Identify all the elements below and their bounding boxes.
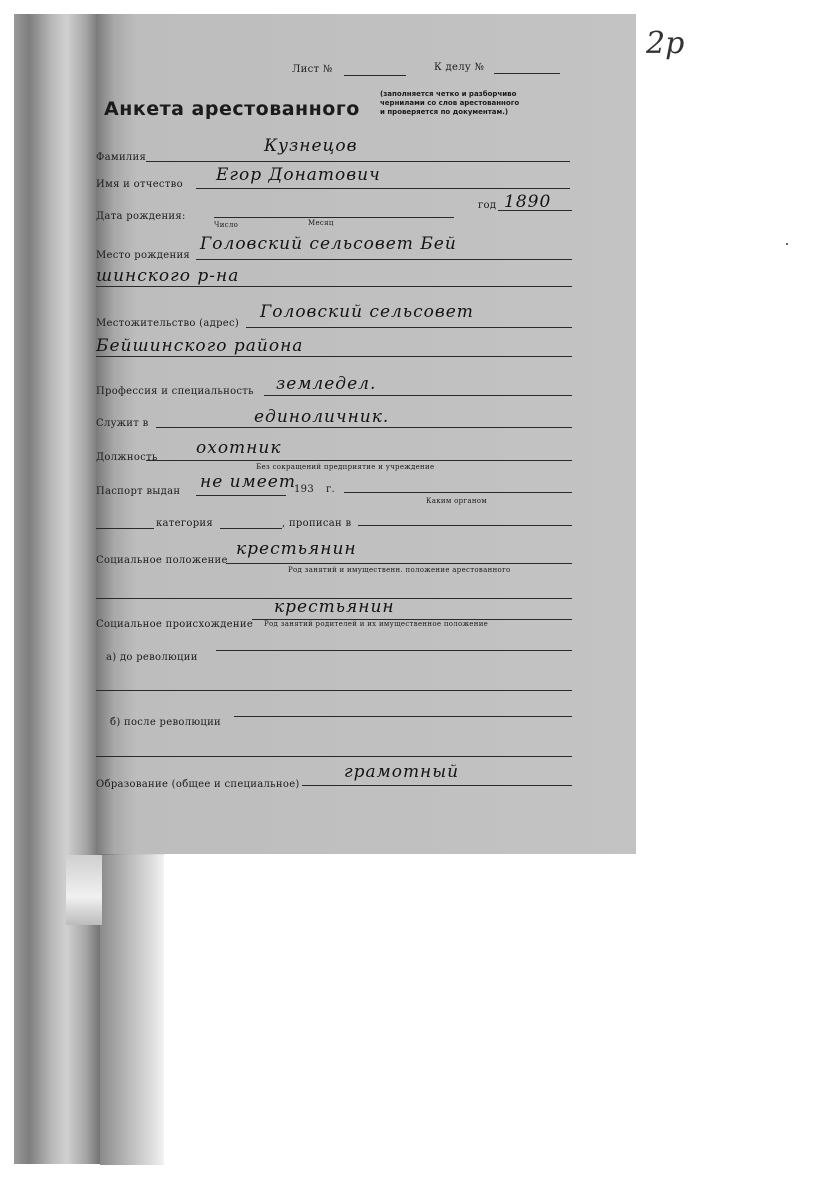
birth-place-line-2 bbox=[96, 286, 572, 287]
scan-speck bbox=[786, 243, 788, 245]
profession-label: Профессия и специальность bbox=[96, 386, 254, 397]
binding-tape bbox=[66, 855, 102, 925]
education-line bbox=[302, 785, 572, 786]
passport-year-prefix: 193 bbox=[294, 484, 314, 495]
birth-place-label: Место рождения bbox=[96, 250, 190, 261]
passport-issuer-line bbox=[344, 492, 572, 493]
residence-value-1: Головский сельсовет bbox=[260, 302, 474, 322]
passport-issuer-hint: Каким органом bbox=[426, 497, 487, 505]
social-origin-hint: Род занятий родителей и их имущественное… bbox=[264, 620, 488, 628]
name-line bbox=[196, 188, 570, 189]
social-status-value: крестьянин bbox=[236, 539, 357, 559]
profession-value: земледел. bbox=[276, 374, 376, 394]
after-revolution-line bbox=[234, 716, 572, 717]
position-label: Должность bbox=[96, 452, 158, 463]
registered-label: , прописан в bbox=[282, 518, 351, 529]
case-number-label: К делу № bbox=[434, 62, 484, 73]
employer-value: единоличник. bbox=[254, 407, 389, 427]
surname-value: Кузнецов bbox=[264, 136, 358, 156]
passport-line bbox=[196, 495, 286, 496]
before-revolution-line-2 bbox=[96, 690, 572, 691]
position-line bbox=[146, 460, 572, 461]
social-status-hint: Род занятий и имущественн. положение аре… bbox=[288, 566, 511, 574]
surname-label: Фамилия bbox=[96, 152, 146, 163]
education-label: Образование (общее и специальное) bbox=[96, 779, 300, 790]
before-revolution-line bbox=[216, 650, 572, 651]
note-line: (заполняется четко и разборчиво bbox=[380, 90, 519, 99]
residence-label: Местожительство (адрес) bbox=[96, 318, 239, 329]
handwritten-page-number: 2р bbox=[646, 26, 684, 61]
social-origin-label: Социальное происхождение bbox=[96, 619, 253, 630]
residence-line bbox=[246, 327, 572, 328]
employer-line bbox=[156, 427, 572, 428]
birth-place-value-1: Головский сельсовет Бей bbox=[200, 234, 457, 254]
residence-value-2: Бейшинского района bbox=[96, 336, 303, 356]
birth-date-line bbox=[214, 217, 454, 218]
birth-year-value: 1890 bbox=[504, 192, 551, 212]
social-status-line bbox=[226, 563, 572, 564]
case-number-line bbox=[494, 73, 560, 74]
education-value: грамотный bbox=[344, 762, 459, 782]
residence-line-2 bbox=[96, 356, 572, 357]
social-status-label: Социальное положение bbox=[96, 555, 228, 566]
passport-label: Паспорт выдан bbox=[96, 486, 180, 497]
position-value: охотник bbox=[196, 438, 281, 458]
passport-year-suffix: г. bbox=[326, 484, 335, 495]
position-hint: Без сокращений предприятие и учреждение bbox=[256, 463, 434, 471]
birth-place-value-2: шинского р-на bbox=[96, 266, 239, 286]
after-revolution-line-2 bbox=[96, 756, 572, 757]
passport-value: не имеет bbox=[200, 472, 296, 492]
sheet-number-label: Лист № bbox=[292, 64, 333, 75]
category-label: категория bbox=[156, 518, 213, 529]
note-line: чернилами со слов арестованного bbox=[380, 99, 519, 108]
month-hint: Месяц bbox=[308, 219, 334, 227]
sheet-number-line bbox=[344, 75, 406, 76]
category-pre-line bbox=[96, 528, 154, 529]
folder-spine-lower bbox=[100, 855, 164, 1165]
instruction-note: (заполняется четко и разборчиво чернилам… bbox=[380, 90, 519, 117]
year-label: год bbox=[478, 200, 496, 211]
note-line: и проверяется по документам.) bbox=[380, 108, 519, 117]
questionnaire-sheet: 2р Лист № К делу № Анкета арестованного … bbox=[96, 14, 636, 854]
registered-line bbox=[358, 525, 572, 526]
before-revolution-label: а) до революции bbox=[106, 652, 198, 663]
employer-label: Служит в bbox=[96, 418, 149, 429]
surname-line bbox=[146, 161, 570, 162]
social-origin-value: крестьянин bbox=[274, 597, 395, 617]
category-line bbox=[220, 528, 282, 529]
form-title: Анкета арестованного bbox=[104, 98, 360, 120]
name-label: Имя и отчество bbox=[96, 179, 183, 190]
birth-date-label: Дата рождения: bbox=[96, 211, 186, 222]
after-revolution-label: б) после революции bbox=[110, 717, 221, 728]
profession-line bbox=[264, 395, 572, 396]
name-value: Егор Донатович bbox=[216, 165, 381, 185]
day-hint: Число bbox=[214, 221, 238, 229]
birth-place-line bbox=[196, 259, 572, 260]
